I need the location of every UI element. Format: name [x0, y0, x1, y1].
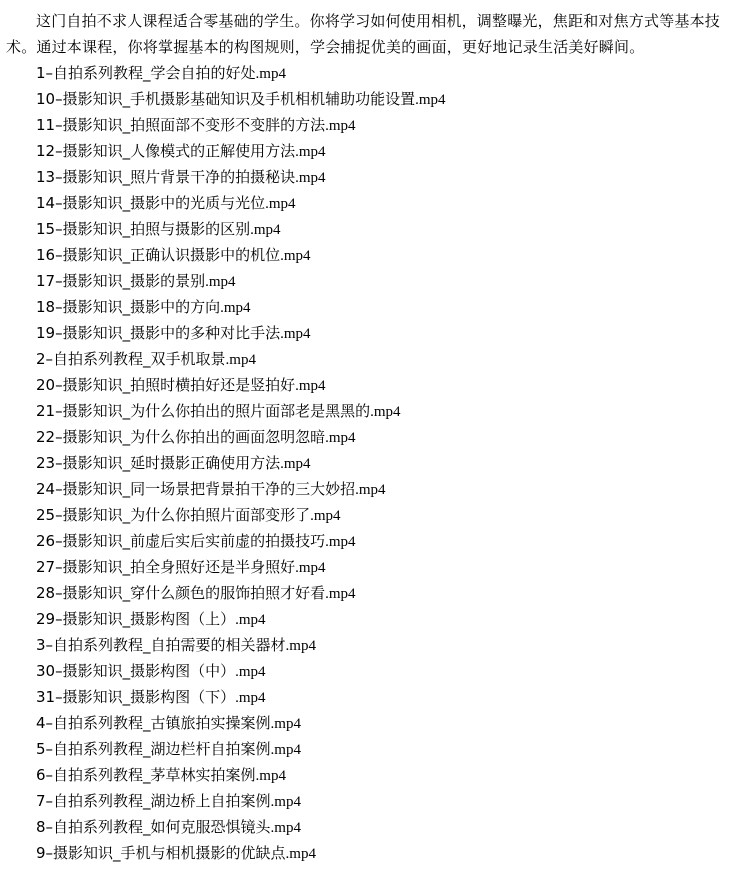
- file-name: 6–自拍系列教程_茅草林实拍案例: [36, 766, 256, 784]
- video-file-item: 29–摄影知识_摄影构图（上）.mp4: [36, 606, 744, 632]
- file-name: 4–自拍系列教程_古镇旅拍实操案例: [36, 714, 271, 732]
- video-file-item: 22–摄影知识_为什么你拍出的画面忽明忽暗.mp4: [36, 424, 744, 450]
- file-extension: .mp4: [280, 326, 310, 342]
- file-name: 5–自拍系列教程_湖边栏杆自拍案例: [36, 740, 271, 758]
- file-name: 8–自拍系列教程_如何克服恐惧镜头: [36, 818, 271, 836]
- file-name: 2–自拍系列教程_双手机取景: [36, 350, 226, 368]
- file-name: 22–摄影知识_为什么你拍出的画面忽明忽暗: [36, 428, 325, 446]
- video-file-item: 9–摄影知识_手机与相机摄影的优缺点.mp4: [36, 840, 744, 866]
- file-name: 18–摄影知识_摄影中的方向: [36, 298, 220, 316]
- file-name: 28–摄影知识_穿什么颜色的服饰拍照才好看: [36, 584, 325, 602]
- video-file-item: 18–摄影知识_摄影中的方向.mp4: [36, 294, 744, 320]
- video-file-item: 26–摄影知识_前虚后实后实前虚的拍摄技巧.mp4: [36, 528, 744, 554]
- file-extension: .mp4: [271, 716, 301, 732]
- video-file-item: 15–摄影知识_拍照与摄影的区别.mp4: [36, 216, 744, 242]
- file-extension: .mp4: [265, 196, 295, 212]
- file-extension: .mp4: [256, 66, 286, 82]
- file-name: 11–摄影知识_拍照面部不变形不变胖的方法: [36, 116, 325, 134]
- video-file-item: 14–摄影知识_摄影中的光质与光位.mp4: [36, 190, 744, 216]
- file-name: 20–摄影知识_拍照时横拍好还是竖拍好: [36, 376, 295, 394]
- file-extension: .mp4: [280, 456, 310, 472]
- video-file-item: 7–自拍系列教程_湖边桥上自拍案例.mp4: [36, 788, 744, 814]
- video-file-item: 23–摄影知识_延时摄影正确使用方法.mp4: [36, 450, 744, 476]
- video-file-item: 11–摄影知识_拍照面部不变形不变胖的方法.mp4: [36, 112, 744, 138]
- video-file-item: 27–摄影知识_拍全身照好还是半身照好.mp4: [36, 554, 744, 580]
- file-extension: .mp4: [235, 612, 265, 628]
- video-file-item: 8–自拍系列教程_如何克服恐惧镜头.mp4: [36, 814, 744, 840]
- video-file-item: 12–摄影知识_人像模式的正解使用方法.mp4: [36, 138, 744, 164]
- file-name: 3–自拍系列教程_自拍需要的相关器材: [36, 636, 286, 654]
- video-file-item: 16–摄影知识_正确认识摄影中的机位.mp4: [36, 242, 744, 268]
- file-name: 29–摄影知识_摄影构图（上）: [36, 610, 235, 628]
- file-name: 9–摄影知识_手机与相机摄影的优缺点: [36, 844, 286, 862]
- video-file-item: 3–自拍系列教程_自拍需要的相关器材.mp4: [36, 632, 744, 658]
- file-name: 14–摄影知识_摄影中的光质与光位: [36, 194, 265, 212]
- video-file-list: 1–自拍系列教程_学会自拍的好处.mp410–摄影知识_手机摄影基础知识及手机相…: [6, 60, 744, 866]
- file-name: 7–自拍系列教程_湖边桥上自拍案例: [36, 792, 271, 810]
- course-intro-paragraph: 这门自拍不求人课程适合零基础的学生。你将学习如何使用相机，调整曝光，焦距和对焦方…: [6, 8, 744, 60]
- file-name: 1–自拍系列教程_学会自拍的好处: [36, 64, 256, 82]
- file-extension: .mp4: [325, 586, 355, 602]
- file-extension: .mp4: [226, 352, 256, 368]
- file-extension: .mp4: [250, 222, 280, 238]
- file-extension: .mp4: [271, 742, 301, 758]
- file-name: 24–摄影知识_同一场景把背景拍干净的三大妙招: [36, 480, 355, 498]
- file-extension: .mp4: [325, 534, 355, 550]
- file-extension: .mp4: [220, 300, 250, 316]
- file-extension: .mp4: [415, 92, 445, 108]
- file-extension: .mp4: [286, 846, 316, 862]
- video-file-item: 28–摄影知识_穿什么颜色的服饰拍照才好看.mp4: [36, 580, 744, 606]
- file-name: 19–摄影知识_摄影中的多种对比手法: [36, 324, 280, 342]
- file-name: 15–摄影知识_拍照与摄影的区别: [36, 220, 250, 238]
- video-file-item: 25–摄影知识_为什么你拍照片面部变形了.mp4: [36, 502, 744, 528]
- file-name: 10–摄影知识_手机摄影基础知识及手机相机辅助功能设置: [36, 90, 415, 108]
- file-extension: .mp4: [286, 638, 316, 654]
- video-file-item: 19–摄影知识_摄影中的多种对比手法.mp4: [36, 320, 744, 346]
- file-extension: .mp4: [205, 274, 235, 290]
- file-name: 16–摄影知识_正确认识摄影中的机位: [36, 246, 280, 264]
- file-extension: .mp4: [280, 248, 310, 264]
- file-extension: .mp4: [235, 664, 265, 680]
- file-extension: .mp4: [295, 170, 325, 186]
- file-name: 31–摄影知识_摄影构图（下）: [36, 688, 235, 706]
- file-extension: .mp4: [235, 690, 265, 706]
- file-extension: .mp4: [355, 482, 385, 498]
- file-extension: .mp4: [295, 144, 325, 160]
- file-name: 12–摄影知识_人像模式的正解使用方法: [36, 142, 295, 160]
- file-extension: .mp4: [271, 820, 301, 836]
- file-name: 23–摄影知识_延时摄影正确使用方法: [36, 454, 280, 472]
- video-file-item: 30–摄影知识_摄影构图（中）.mp4: [36, 658, 744, 684]
- file-extension: .mp4: [295, 378, 325, 394]
- file-extension: .mp4: [325, 118, 355, 134]
- file-name: 13–摄影知识_照片背景干净的拍摄秘诀: [36, 168, 295, 186]
- video-file-item: 2–自拍系列教程_双手机取景.mp4: [36, 346, 744, 372]
- video-file-item: 5–自拍系列教程_湖边栏杆自拍案例.mp4: [36, 736, 744, 762]
- video-file-item: 6–自拍系列教程_茅草林实拍案例.mp4: [36, 762, 744, 788]
- file-extension: .mp4: [310, 508, 340, 524]
- file-name: 17–摄影知识_摄影的景别: [36, 272, 205, 290]
- file-name: 30–摄影知识_摄影构图（中）: [36, 662, 235, 680]
- video-file-item: 21–摄影知识_为什么你拍出的照片面部老是黑黑的.mp4: [36, 398, 744, 424]
- file-name: 25–摄影知识_为什么你拍照片面部变形了: [36, 506, 310, 524]
- document-body: 这门自拍不求人课程适合零基础的学生。你将学习如何使用相机，调整曝光，焦距和对焦方…: [0, 0, 750, 866]
- file-extension: .mp4: [295, 560, 325, 576]
- file-extension: .mp4: [271, 794, 301, 810]
- video-file-item: 4–自拍系列教程_古镇旅拍实操案例.mp4: [36, 710, 744, 736]
- file-extension: .mp4: [370, 404, 400, 420]
- video-file-item: 31–摄影知识_摄影构图（下）.mp4: [36, 684, 744, 710]
- video-file-item: 20–摄影知识_拍照时横拍好还是竖拍好.mp4: [36, 372, 744, 398]
- video-file-item: 1–自拍系列教程_学会自拍的好处.mp4: [36, 60, 744, 86]
- file-extension: .mp4: [256, 768, 286, 784]
- video-file-item: 13–摄影知识_照片背景干净的拍摄秘诀.mp4: [36, 164, 744, 190]
- video-file-item: 24–摄影知识_同一场景把背景拍干净的三大妙招.mp4: [36, 476, 744, 502]
- video-file-item: 10–摄影知识_手机摄影基础知识及手机相机辅助功能设置.mp4: [36, 86, 744, 112]
- file-name: 21–摄影知识_为什么你拍出的照片面部老是黑黑的: [36, 402, 370, 420]
- video-file-item: 17–摄影知识_摄影的景别.mp4: [36, 268, 744, 294]
- file-extension: .mp4: [325, 430, 355, 446]
- file-name: 27–摄影知识_拍全身照好还是半身照好: [36, 558, 295, 576]
- file-name: 26–摄影知识_前虚后实后实前虚的拍摄技巧: [36, 532, 325, 550]
